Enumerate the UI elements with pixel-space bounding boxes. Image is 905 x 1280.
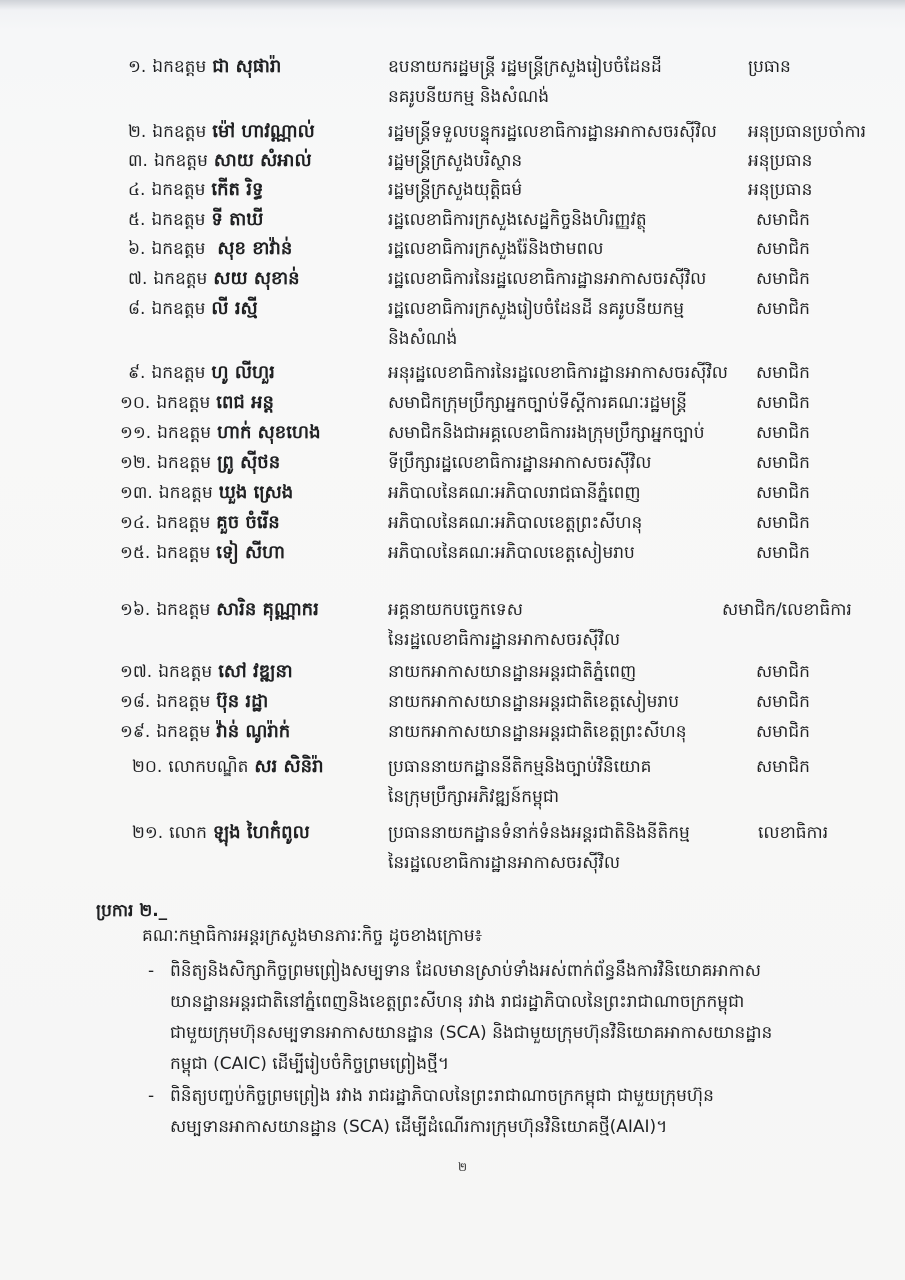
member-name: សយ សុខាន់ — [213, 268, 299, 289]
member-title: លោក — [169, 823, 207, 843]
member-number: ៤. — [128, 180, 145, 200]
member-title: លោកបណ្ឌិត — [168, 757, 248, 777]
member-position: អគ្គនាយកបច្ចេកទេសនៃរដ្ឋលេខាធិការដ្ឋានអាក… — [388, 595, 620, 655]
member-title: ឯកឧត្តម — [152, 57, 206, 77]
member-role: សមាជិក/លេខាធិការ — [722, 595, 852, 625]
position-line: នគរូបនីយកម្ម និងសំណង់ — [388, 82, 662, 112]
duty-line: សម្បទានអាកាសយានដ្ឋាន (SCA) ដើម្បីដំណើរកា… — [170, 1112, 870, 1143]
member-role: សមាជិក — [756, 687, 810, 717]
member-title: ឯកឧត្តម — [156, 692, 210, 712]
member-position: សមាជិកក្រុមប្រឹក្សាអ្នកច្បាប់ទីស្តីការគណ… — [388, 388, 687, 418]
member-role: សមាជិក — [756, 358, 810, 388]
member-position: រដ្ឋលេខាធិការនៃរដ្ឋលេខាធិការដ្ឋានអាកាសចរ… — [388, 264, 706, 294]
position-line: និងសំណង់ — [388, 324, 684, 354]
member-number: ១៩. — [120, 722, 150, 742]
position-line: នៃរដ្ឋលេខាធិការដ្ឋានអាកាសចរស៊ីវិល — [388, 625, 620, 655]
duty-line: យានដ្ឋានអន្តរជាតិនៅភ្នំពេញនិងខេត្តព្រះសី… — [170, 987, 870, 1018]
member-role: សមាជិក — [756, 205, 810, 235]
member-position: រដ្ឋមន្ត្រីទទួលបន្ទុករដ្ឋលេខាធិការដ្ឋានអ… — [388, 117, 717, 147]
member-role: សមាជិក — [756, 388, 810, 418]
member-name: កើត រិទ្ធ — [211, 179, 263, 200]
member-number: ៨. — [128, 299, 145, 319]
scan-edge-shadow — [0, 0, 905, 10]
member-title: ឯកឧត្តម — [156, 722, 210, 742]
member-position: រដ្ឋលេខាធិការក្រសួងសេដ្ឋកិច្ចនិងហិរញ្ញវត… — [388, 205, 647, 235]
member-role: សមាជិក — [756, 538, 810, 568]
member-title: ឯកឧត្តម — [156, 600, 210, 620]
member-name: សារិន គុណ្ណាករ — [216, 599, 319, 620]
member-position: រដ្ឋមន្ត្រីក្រសួងបរិស្ថាន — [388, 146, 522, 176]
member-position: អភិបាលនៃគណៈអភិបាលខេត្តសៀមរាប — [388, 538, 635, 568]
member-role: សមាជិក — [756, 752, 810, 782]
position-line: នៃក្រុមប្រឹក្សាអភិវឌ្ឍន៍កម្ពុជា — [388, 782, 651, 812]
member-number: ១០. — [120, 393, 150, 413]
member-role: សមាជិក — [756, 717, 810, 747]
member-title: ឯកឧត្តម — [154, 151, 208, 171]
bullet-dash: - — [148, 956, 154, 987]
article-heading: ប្រការ ២._ — [96, 897, 167, 925]
member-position: ប្រធាននាយកដ្ឋានទំនាក់ទំនងអន្តរជាតិនិងនីត… — [388, 818, 690, 878]
member-title: ឯកឧត្តម — [156, 543, 210, 563]
member-number: ២១. — [132, 823, 163, 843]
member-position: នាយកអាកាសយានដ្ឋានអន្តរជាតិភ្នំពេញ — [388, 657, 636, 687]
duty-text: ពិនិត្យនិងសិក្សាកិច្ចព្រមព្រៀងសម្បទាន ដែ… — [170, 956, 870, 1080]
position-line: ឧបនាយករដ្ឋមន្ត្រី រដ្ឋមន្ត្រីក្រសួងរៀបចំ… — [388, 52, 662, 82]
member-position: រដ្ឋលេខាធិការក្រសួងរ៉ែនិងថាមពល — [388, 234, 604, 264]
member-title: ឯកឧត្តម — [151, 299, 205, 319]
member-role: អនុប្រធានប្រចាំការ — [748, 117, 866, 147]
member-title: ឯកឧត្តម — [156, 513, 210, 533]
member-title: ឯកឧត្តម — [153, 269, 207, 289]
member-role: សមាជិក — [756, 448, 810, 478]
member-title: ឯកឧត្តម — [157, 453, 211, 473]
member-name: ឃួង ស្រេង — [219, 482, 293, 503]
member-number: ៥. — [128, 210, 145, 230]
member-role: សមាជិក — [756, 657, 810, 687]
member-position: សមាជិកនិងជាអគ្គលេខាធិការរងក្រុមប្រឹក្សាអ… — [388, 418, 705, 448]
member-number: ១៤. — [120, 513, 150, 533]
member-name: ហាក់ សុខហេង — [217, 422, 320, 443]
member-role: សមាជិក — [756, 264, 810, 294]
member-name: ព្រូ ស៊ីថន — [217, 452, 280, 473]
member-title: ឯកឧត្តម — [151, 210, 205, 230]
member-position: ទីប្រឹក្សារដ្ឋលេខាធិការដ្ឋានអាកាសចរស៊ីវិ… — [388, 448, 651, 478]
member-name: គួច ចំរើន — [216, 512, 279, 533]
member-title: ឯកឧត្តម — [157, 423, 211, 443]
member-title: ឯកឧត្តម — [159, 483, 213, 503]
member-name: ទី តាឃី — [211, 209, 263, 230]
article-intro: គណៈកម្មាធិការអន្តរក្រសួងមានភារៈកិច្ច ដូច… — [142, 922, 482, 950]
member-role: សមាជិក — [756, 478, 810, 508]
member-role: លេខាធិការ — [758, 818, 828, 848]
member-number: ៦. — [128, 239, 145, 259]
position-line: ប្រធាននាយកដ្ឋាននីតិកម្មនិងច្បាប់វិនិយោគ — [388, 752, 651, 782]
member-position: អភិបាលនៃគណៈអភិបាលរាជធានីភ្នំពេញ — [388, 478, 641, 508]
member-name: ពេជ អន្ត — [216, 392, 274, 413]
page-number: ២ — [458, 1159, 467, 1177]
duty-line: កម្ពុជា (CAIC) ដើម្បីរៀបចំកិច្ចព្រមព្រៀង… — [170, 1049, 870, 1080]
member-number: ១១. — [120, 423, 151, 443]
duty-line: ពិនិត្យបញ្ចប់កិច្ចព្រមព្រៀង រវាង រាជរដ្ឋ… — [170, 1081, 870, 1112]
member-position: ឧបនាយករដ្ឋមន្ត្រី រដ្ឋមន្ត្រីក្រសួងរៀបចំ… — [388, 52, 662, 112]
member-name: ប៊ុន រដ្ឋា — [216, 691, 268, 712]
member-role: សមាជិក — [756, 418, 810, 448]
duty-line: ជាមួយក្រុមហ៊ុនសម្បទានអាកាសយានដ្ឋាន (SCA)… — [170, 1018, 870, 1049]
member-name: លី រស្មី — [211, 298, 257, 319]
member-title: ឯកឧត្តម — [152, 122, 206, 142]
member-number: ៩. — [128, 363, 145, 383]
member-number: ១៥. — [120, 543, 150, 563]
member-position: រដ្ឋមន្ត្រីក្រសួងយុត្តិធម៌ — [388, 175, 522, 205]
document-page: ១.ឯកឧត្តមជា សុផារ៉ា ឧបនាយករដ្ឋមន្ត្រី រដ… — [0, 0, 905, 1280]
member-number: ១៧. — [120, 662, 152, 682]
member-number: ១៦. — [120, 600, 150, 620]
member-role: សមាជិក — [756, 294, 810, 324]
member-number: ១២. — [120, 453, 151, 473]
member-position: រដ្ឋលេខាធិការក្រសួងរៀបចំដែនដី នគរូបនីយកម… — [388, 294, 684, 354]
duty-text: ពិនិត្យបញ្ចប់កិច្ចព្រមព្រៀង រវាង រាជរដ្ឋ… — [170, 1081, 870, 1143]
member-name: ជា សុផារ៉ា — [212, 56, 281, 77]
member-position: នាយកអាកាសយានដ្ឋានអន្តរជាតិខេត្តសៀមរាប — [388, 687, 679, 717]
bullet-dash: - — [148, 1081, 154, 1112]
member-name: សរ សិនិរ៉ា — [254, 756, 323, 777]
position-line: អគ្គនាយកបច្ចេកទេស — [388, 595, 620, 625]
member-role: ប្រធាន — [748, 52, 791, 82]
duty-line: ពិនិត្យនិងសិក្សាកិច្ចព្រមព្រៀងសម្បទាន ដែ… — [170, 956, 870, 987]
member-name: ឡុង ហៃកំពូល — [213, 822, 310, 843]
position-line: នៃរដ្ឋលេខាធិការដ្ឋានអាកាសចរស៊ីវិល — [388, 848, 690, 878]
member-name: វ៉ាន់ ណូរ៉ាក់ — [216, 721, 290, 742]
member-name: សុខ ខាវ៉ាន់ — [217, 238, 292, 259]
member-title: ឯកឧត្តម — [151, 239, 205, 259]
member-name: ទៀ សីហា — [216, 542, 285, 563]
position-line: ប្រធាននាយកដ្ឋានទំនាក់ទំនងអន្តរជាតិនិងនីត… — [388, 818, 690, 848]
member-name: ហូ លីហួរ — [211, 362, 274, 383]
member-position: នាយកអាកាសយានដ្ឋានអន្តរជាតិខេត្តព្រះសីហនុ — [388, 717, 687, 747]
member-number: ១. — [128, 57, 146, 77]
member-title: ឯកឧត្តម — [158, 662, 212, 682]
position-line: រដ្ឋលេខាធិការក្រសួងរៀបចំដែនដី នគរូបនីយកម… — [388, 294, 684, 324]
member-number: ១៨. — [120, 692, 150, 712]
member-title: ឯកឧត្តម — [151, 363, 205, 383]
member-role: សមាជិក — [756, 508, 810, 538]
member-role: អនុប្រធាន — [748, 146, 812, 176]
member-name: ម៉ៅ ហាវណ្ណាល់ — [212, 121, 315, 142]
member-number: ១៣. — [120, 483, 153, 503]
member-title: ឯកឧត្តម — [151, 180, 205, 200]
member-role: សមាជិក — [756, 234, 810, 264]
member-number: ៧. — [128, 269, 147, 289]
member-position: អភិបាលនៃគណៈអភិបាលខេត្តព្រះសីហនុ — [388, 508, 642, 538]
member-name: សាយ សំអាល់ — [214, 150, 312, 171]
member-position: ប្រធាននាយកដ្ឋាននីតិកម្មនិងច្បាប់វិនិយោគន… — [388, 752, 651, 812]
member-number: ២០. — [132, 757, 162, 777]
member-title: ឯកឧត្តម — [156, 393, 210, 413]
member-position: អនុរដ្ឋលេខាធិការនៃរដ្ឋលេខាធិការដ្ឋានអាកា… — [388, 358, 728, 388]
member-name: សៅ វឌ្ឍនា — [218, 661, 292, 682]
member-number: ២. — [128, 122, 146, 142]
member-role: អនុប្រធាន — [748, 175, 812, 205]
member-number: ៣. — [128, 151, 148, 171]
